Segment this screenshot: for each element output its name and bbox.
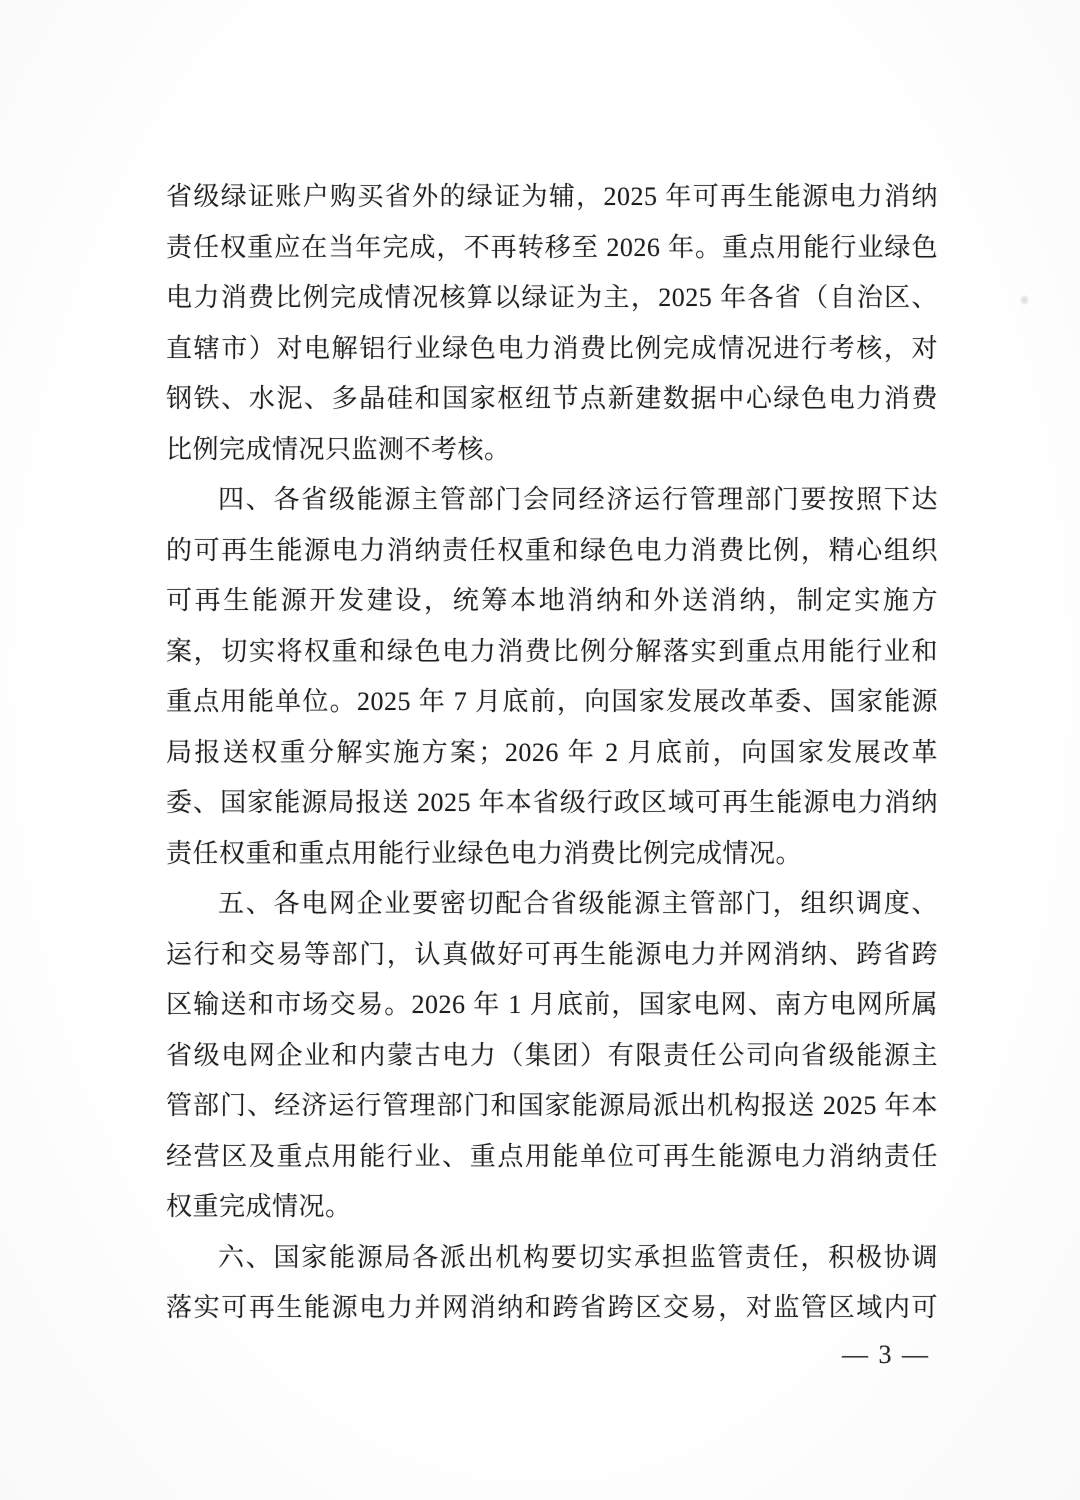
paragraph-item-6: 六、国家能源局各派出机构要切实承担监管责任，积极协调落实可再生能源电力并网消纳和… bbox=[166, 1233, 938, 1334]
text-line: 省级电网企业和内蒙古电力（集团）有限责任公司向省级能源主 bbox=[166, 1031, 938, 1082]
text-line: 责任权重应在当年完成，不再转移至 2026 年。重点用能行业绿色 bbox=[166, 223, 938, 274]
text-line: 局报送权重分解实施方案；2026 年 2 月底前，向国家发展改革 bbox=[166, 728, 938, 779]
text-line: 电力消费比例完成情况核算以绿证为主，2025 年各省（自治区、 bbox=[166, 273, 938, 324]
text-line: 直辖市）对电解铝行业绿色电力消费比例完成情况进行考核，对 bbox=[166, 324, 938, 375]
text-line: 责任权重和重点用能行业绿色电力消费比例完成情况。 bbox=[166, 829, 938, 880]
scanned-document-page: 省级绿证账户购买省外的绿证为辅，2025 年可再生能源电力消纳责任权重应在当年完… bbox=[0, 0, 1080, 1500]
document-body: 省级绿证账户购买省外的绿证为辅，2025 年可再生能源电力消纳责任权重应在当年完… bbox=[166, 172, 938, 1334]
text-line: 落实可再生能源电力并网消纳和跨省跨区交易，对监管区域内可 bbox=[166, 1283, 938, 1334]
text-line: 管部门、经济运行管理部门和国家能源局派出机构报送 2025 年本 bbox=[166, 1081, 938, 1132]
text-line: 区输送和市场交易。2026 年 1 月底前，国家电网、南方电网所属 bbox=[166, 980, 938, 1031]
text-line: 比例完成情况只监测不考核。 bbox=[166, 425, 938, 476]
page-number: — 3 — bbox=[842, 1340, 930, 1370]
text-line: 省级绿证账户购买省外的绿证为辅，2025 年可再生能源电力消纳 bbox=[166, 172, 938, 223]
text-line: 重点用能单位。2025 年 7 月底前，向国家发展改革委、国家能源 bbox=[166, 677, 938, 728]
paragraph-item-5: 五、各电网企业要密切配合省级能源主管部门，组织调度、运行和交易等部门，认真做好可… bbox=[166, 879, 938, 1233]
paragraph-item-4: 四、各省级能源主管部门会同经济运行管理部门要按照下达的可再生能源电力消纳责任权重… bbox=[166, 475, 938, 879]
text-line: 钢铁、水泥、多晶硅和国家枢纽节点新建数据中心绿色电力消费 bbox=[166, 374, 938, 425]
text-line: 可再生能源开发建设，统筹本地消纳和外送消纳，制定实施方 bbox=[166, 576, 938, 627]
scan-artifact-speck bbox=[1021, 296, 1028, 304]
text-line: 五、各电网企业要密切配合省级能源主管部门，组织调度、 bbox=[166, 879, 938, 930]
text-line: 的可再生能源电力消纳责任权重和绿色电力消费比例，精心组织 bbox=[166, 526, 938, 577]
text-line: 权重完成情况。 bbox=[166, 1182, 938, 1233]
text-line: 案，切实将权重和绿色电力消费比例分解落实到重点用能行业和 bbox=[166, 627, 938, 678]
text-line: 委、国家能源局报送 2025 年本省级行政区域可再生能源电力消纳 bbox=[166, 778, 938, 829]
paragraph-continuation: 省级绿证账户购买省外的绿证为辅，2025 年可再生能源电力消纳责任权重应在当年完… bbox=[166, 172, 938, 475]
text-line: 六、国家能源局各派出机构要切实承担监管责任，积极协调 bbox=[166, 1233, 938, 1284]
text-line: 经营区及重点用能行业、重点用能单位可再生能源电力消纳责任 bbox=[166, 1132, 938, 1183]
text-line: 四、各省级能源主管部门会同经济运行管理部门要按照下达 bbox=[166, 475, 938, 526]
text-line: 运行和交易等部门，认真做好可再生能源电力并网消纳、跨省跨 bbox=[166, 930, 938, 981]
